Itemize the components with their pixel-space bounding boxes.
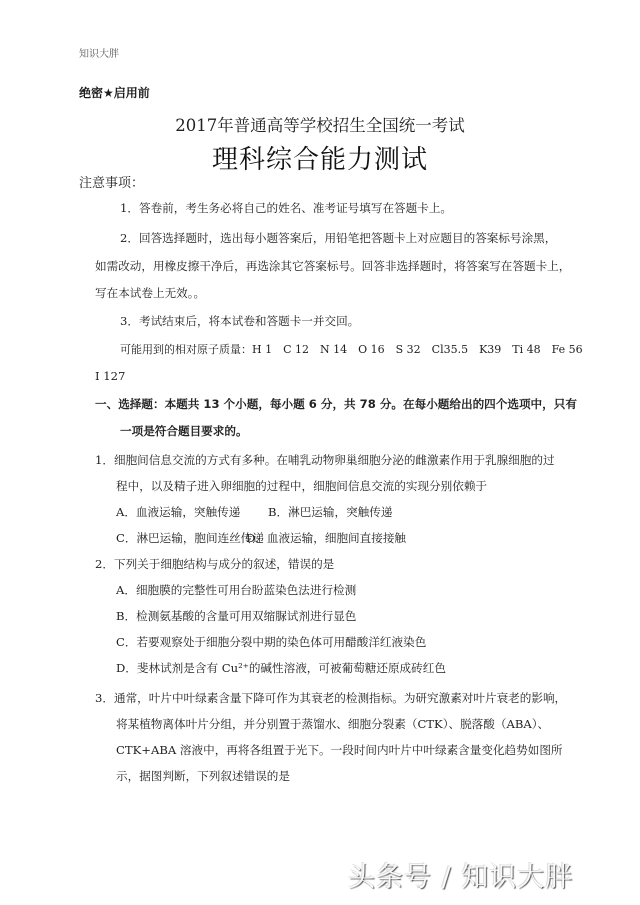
option-d: D．血液运输，细胞间直接接触 xyxy=(246,530,406,546)
option-b: B．检测氨基酸的含量可用双缩脲试剂进行显色 xyxy=(116,608,356,624)
option-d: D．斐林试剂是含有 Cu²⁺的碱性溶液，可被葡萄糖还原成砖红色 xyxy=(116,660,446,676)
notice-item: 写在本试卷上无效。。 xyxy=(95,285,205,301)
question-stem: 将某植物离体叶片分组，并分别置于蒸馏水、细胞分裂素（CTK）、脱落酸（ABA）、 xyxy=(116,716,549,732)
notice-item: 2．回答选择题时，选出每小题答案后，用铅笔把答题卡上对应题目的答案标号涂黑， xyxy=(120,230,556,246)
atomic-mass-line: 可能用到的相对原子质量：H 1 C 12 N 14 O 16 S 32 Cl35… xyxy=(120,341,583,357)
question-stem: 示，据图判断，下列叙述错误的是 xyxy=(116,768,290,784)
atomic-mass-line: I 127 xyxy=(95,369,125,383)
notice-item: 如需改动，用橡皮擦干净后，再选涂其它答案标号。回答非选择题时，将答案写在答题卡上… xyxy=(95,258,570,274)
option-a: A．血液运输，突触传递 xyxy=(116,504,240,520)
question-stem: 2．下列关于细胞结构与成分的叙述，错误的是 xyxy=(95,556,334,572)
option-c: C．淋巴运输，胞间连丝传递 xyxy=(116,530,264,546)
question-stem: CTK+ABA 溶液中，再将各组置于光下。一段时间内叶片中叶绿素含量变化趋势如图… xyxy=(116,742,563,758)
section-title-cont: 一项是符合题目要求的。 xyxy=(120,423,248,439)
question-stem: 1．细胞间信息交流的方式有多种。在哺乳动物卵巢细胞分泌的雌激素作用于乳腺细胞的过 xyxy=(95,452,555,468)
notice-heading: 注意事项： xyxy=(79,172,144,191)
notice-item: 1．答卷前，考生务必将自己的姓名、准考证号填写在答题卡上。 xyxy=(120,200,452,216)
notice-item: 3．考试结束后，将本试卷和答题卡一并交回。 xyxy=(120,313,359,329)
exam-title: 2017年普通高等学校招生全国统一考试 xyxy=(0,112,640,136)
option-a: A．细胞膜的完整性可用台盼蓝染色法进行检测 xyxy=(116,582,356,598)
option-c: C．若要观察处于细胞分裂中期的染色体可用醋酸洋红液染色 xyxy=(116,634,426,650)
header-brand: 知识大胖 xyxy=(79,45,119,60)
question-stem: 3．通常，叶片中叶绿素含量下降可作为其衰老的检测指标。为研究激素对叶片衰老的影响… xyxy=(95,690,566,706)
watermark: 头条号 / 知识大胖 xyxy=(348,855,573,894)
section-title: 一、选择题：本题共 13 个小题，每小题 6 分，共 78 分。在每小题给出的四… xyxy=(95,396,577,412)
subject-title: 理科综合能力测试 xyxy=(0,139,640,176)
option-b: B．淋巴运输，突触传递 xyxy=(268,504,392,520)
question-stem: 程中，以及精子进入卵细胞的过程中，细胞间信息交流的实现分别依赖于 xyxy=(116,478,487,494)
secret-label: 绝密★启用前 xyxy=(79,84,150,101)
